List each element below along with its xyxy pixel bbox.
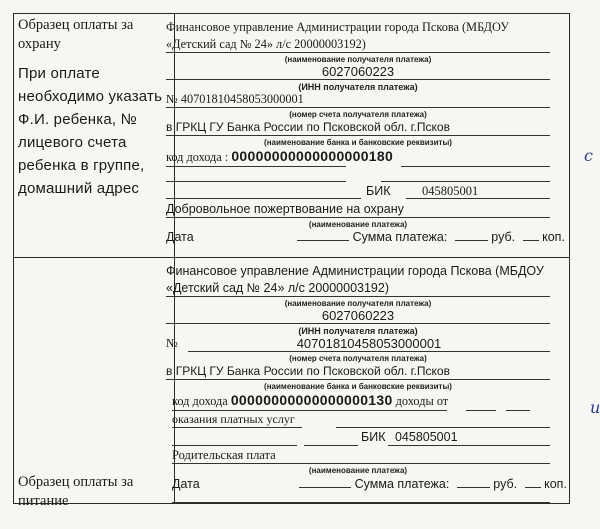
bik-value: 045805001 — [395, 430, 458, 444]
account-value: 40701810458053000001 — [188, 336, 550, 351]
bottom-line — [172, 502, 550, 503]
security-sample-label-cell: Образец оплаты за охрану При оплате необ… — [18, 16, 170, 200]
income-code-value: 00000000000000000130 — [231, 392, 393, 408]
recipient-line2: «Детский сад № 24» л/с 20000003192) — [166, 37, 550, 53]
row-divider — [14, 257, 569, 258]
inn-value: 6027060223 — [166, 308, 550, 324]
caption-bank: (наименование банка и банковские реквизи… — [166, 382, 550, 391]
income-code-row: код дохода : 00000000000000000180 — [166, 148, 550, 166]
bik-label: БИК — [366, 184, 390, 198]
caption-recipient: (наименование получателя платежа) — [166, 299, 550, 308]
account-prefix: № — [166, 336, 178, 350]
handwritten-mark: u — [590, 398, 600, 417]
bik-underline — [406, 198, 550, 199]
blank-line — [172, 410, 447, 411]
caption-account: (номер счета получателя платежа) — [166, 110, 550, 119]
income-code-value: 00000000000000000180 — [231, 148, 393, 164]
income-desc1: доходы от — [396, 394, 449, 408]
caption-inn: (ИНН получателя платежа) — [166, 82, 550, 92]
security-sample-title: Образец оплаты за охрану — [18, 16, 170, 54]
date-label: Дата — [172, 477, 200, 491]
account-prefix: № — [166, 92, 178, 106]
date-blank[interactable] — [299, 477, 351, 488]
inn-value: 6027060223 — [166, 64, 550, 80]
blank-line — [506, 410, 530, 411]
rub-blank[interactable] — [457, 477, 490, 488]
kop-label: коп. — [542, 230, 565, 244]
date-sum-row: Дата Сумма платежа: руб. коп. — [166, 230, 550, 244]
bik-row: БИК 045805001 — [361, 430, 550, 444]
date-label: Дата — [166, 230, 194, 244]
blank-line — [172, 445, 297, 446]
blank-line — [336, 427, 550, 428]
account-underline — [188, 351, 550, 352]
rub-label: руб. — [493, 477, 517, 491]
account-value: 40701810458053000001 — [181, 92, 304, 106]
bik-value: 045805001 — [422, 184, 478, 198]
rub-label: руб. — [491, 230, 515, 244]
income-code-label: код дохода — [172, 394, 228, 408]
sum-label: Сумма платежа: — [355, 477, 450, 491]
bik-label: БИК — [361, 430, 385, 444]
recipient-line1: Финансовое управление Администрации горо… — [166, 20, 550, 35]
caption-inn: (ИНН получателя платежа) — [166, 326, 550, 336]
income-code-row: код дохода 00000000000000000130 доходы о… — [172, 392, 550, 410]
handwritten-mark: c — [584, 146, 593, 165]
blank-line — [166, 181, 346, 182]
food-sample-title: Образец оплаты за питание — [18, 473, 170, 511]
blank-line — [166, 198, 361, 199]
bik-underline — [388, 445, 550, 446]
rub-blank[interactable] — [455, 230, 488, 241]
caption-payment-name: (наименование платежа) — [166, 466, 550, 475]
blank-line — [381, 181, 550, 182]
caption-bank: (наименование банка и банковские реквизи… — [166, 138, 550, 147]
kop-label: коп. — [544, 477, 567, 491]
bank-value: в ГРКЦ ГУ Банка России по Псковской обл.… — [166, 120, 550, 136]
sum-label: Сумма платежа: — [353, 230, 448, 244]
bank-value: в ГРКЦ ГУ Банка России по Псковской обл.… — [166, 364, 550, 380]
payment-name-value: Добровольное пожертвование на охрану — [166, 202, 550, 218]
bik-row: БИК 045805001 — [366, 184, 550, 199]
blank-line — [401, 166, 550, 167]
recipient-line1: Финансовое управление Администрации горо… — [166, 264, 550, 278]
recipient-line2: «Детский сад № 24» л/с 20000003192) — [166, 281, 550, 297]
kop-blank[interactable] — [523, 230, 539, 241]
date-sum-row: Дата Сумма платежа: руб. коп. — [172, 477, 550, 491]
caption-recipient: (наименование получателя платежа) — [166, 55, 550, 64]
blank-line — [166, 166, 346, 167]
caption-payment-name: (наименование платежа) — [166, 220, 550, 229]
payment-instruction: При оплате необходимо указать Ф.И. ребен… — [18, 62, 170, 200]
payment-name-value: Родительская плата — [172, 448, 550, 464]
blank-line — [304, 445, 358, 446]
blank-line — [172, 427, 302, 428]
date-blank[interactable] — [297, 230, 349, 241]
income-desc2: оказания платных услуг — [172, 412, 550, 427]
income-code-label: код дохода : — [166, 150, 228, 164]
kop-blank[interactable] — [525, 477, 541, 488]
caption-account: (номер счета получателя платежа) — [166, 354, 550, 363]
account-row: № 40701810458053000001 — [166, 92, 550, 108]
blank-line — [466, 410, 496, 411]
